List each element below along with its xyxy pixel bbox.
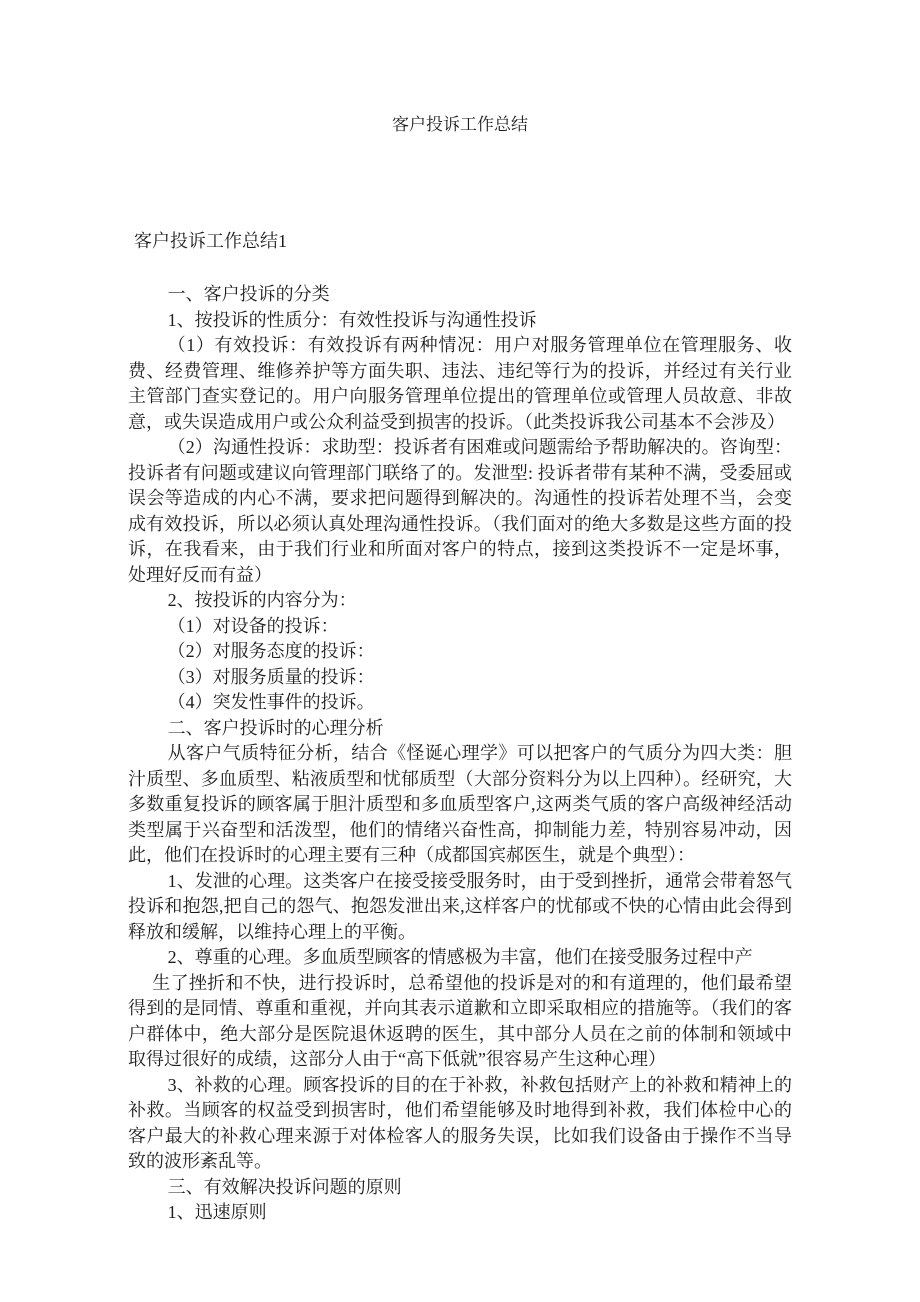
paragraph: 1、按投诉的性质分：有效性投诉与沟通性投诉 <box>128 308 792 334</box>
paragraph: （1）对设备的投诉： <box>128 614 792 640</box>
paragraph: 生了挫折和不快，进行投诉时，总希望他的投诉是对的和有道理的，他们最希望得到的是同… <box>128 971 792 1073</box>
paragraph: 1、发泄的心理。这类客户在接受接受服务时，由于受到挫折，通常会带着怒气投诉和抱怨… <box>128 869 792 946</box>
paragraph: 一、客户投诉的分类 <box>128 282 792 308</box>
paragraph: 2、按投诉的内容分为： <box>128 588 792 614</box>
document-page: 客户投诉工作总结 客户投诉工作总结1 一、客户投诉的分类1、按投诉的性质分：有效… <box>0 0 920 1302</box>
paragraph: 三、有效解决投诉问题的原则 <box>128 1175 792 1201</box>
paragraph: 二、客户投诉时的心理分析 <box>128 716 792 742</box>
paragraph: （2）对服务态度的投诉： <box>128 639 792 665</box>
document-title: 客户投诉工作总结 <box>0 114 920 136</box>
paragraph: 3、补救的心理。顾客投诉的目的在于补救，补救包括财产上的补救和精神上的补救。当顾… <box>128 1073 792 1175</box>
section-heading: 客户投诉工作总结1 <box>134 229 287 253</box>
paragraph: 1、迅速原则 <box>128 1200 792 1226</box>
paragraph: 2、尊重的心理。多血质型顾客的情感极为丰富，他们在接受服务过程中产 <box>128 945 792 971</box>
paragraph: （4）突发性事件的投诉。 <box>128 690 792 716</box>
document-body: 一、客户投诉的分类1、按投诉的性质分：有效性投诉与沟通性投诉（1）有效投诉：有效… <box>128 282 792 1226</box>
paragraph: 从客户气质特征分析，结合《怪诞心理学》可以把客户的气质分为四大类：胆汁质型、多血… <box>128 741 792 869</box>
paragraph: （3）对服务质量的投诉： <box>128 665 792 691</box>
paragraph: （1）有效投诉：有效投诉有两种情况：用户对服务管理单位在管理服务、收费、经费管理… <box>128 333 792 435</box>
paragraph: （2）沟通性投诉：求助型：投诉者有困难或问题需给予帮助解决的。咨询型：投诉者有问… <box>128 435 792 588</box>
